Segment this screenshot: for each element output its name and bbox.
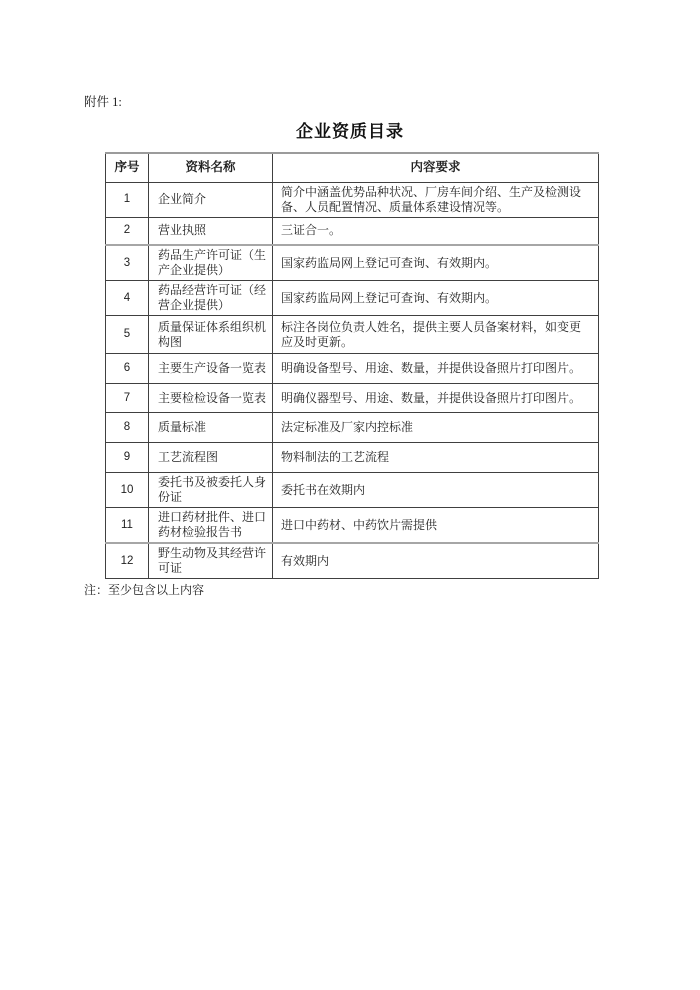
row-name: 主要检检设备一览表 — [149, 384, 273, 413]
table-row: 4 药品经营许可证（经营企业提供） 国家药监局网上登记可查询、有效期内。 — [106, 281, 599, 316]
row-requirement: 物料制法的工艺流程 — [273, 443, 599, 473]
row-name: 委托书及被委托人身份证 — [149, 473, 273, 508]
row-name: 企业简介 — [149, 182, 273, 217]
row-no: 11 — [106, 508, 149, 544]
row-requirement: 三证合一。 — [273, 217, 599, 245]
header-no: 序号 — [106, 153, 149, 182]
footnote: 注：至少包含以上内容 — [84, 581, 204, 598]
row-name: 进口药材批件、进口药材检验报告书 — [149, 508, 273, 544]
row-no: 4 — [106, 281, 149, 316]
table-row: 3 药品生产许可证（生产企业提供） 国家药监局网上登记可查询、有效期内。 — [106, 245, 599, 281]
row-requirement: 法定标准及厂家内控标准 — [273, 413, 599, 443]
qualification-table: 序号 资料名称 内容要求 1 企业简介 简介中涵盖优势品种状况、厂房车间介绍、生… — [105, 152, 599, 579]
header-requirement: 内容要求 — [273, 153, 599, 182]
row-no: 9 — [106, 443, 149, 473]
row-requirement: 国家药监局网上登记可查询、有效期内。 — [273, 281, 599, 316]
row-requirement: 明确设备型号、用途、数量，并提供设备照片打印图片。 — [273, 354, 599, 384]
row-no: 5 — [106, 316, 149, 354]
table-header: 序号 资料名称 内容要求 — [106, 153, 599, 182]
row-requirement: 委托书在效期内 — [273, 473, 599, 508]
attachment-label: 附件 1: — [84, 92, 122, 110]
table-row: 1 企业简介 简介中涵盖优势品种状况、厂房车间介绍、生产及检测设备、人员配置情况… — [106, 182, 599, 217]
table-row: 8 质量标准 法定标准及厂家内控标准 — [106, 413, 599, 443]
row-no: 3 — [106, 245, 149, 281]
table-row: 9 工艺流程图 物料制法的工艺流程 — [106, 443, 599, 473]
table-row: 7 主要检检设备一览表 明确仪器型号、用途、数量，并提供设备照片打印图片。 — [106, 384, 599, 413]
row-no: 1 — [106, 182, 149, 217]
table-body: 1 企业简介 简介中涵盖优势品种状况、厂房车间介绍、生产及检测设备、人员配置情况… — [106, 182, 599, 579]
header-row: 序号 资料名称 内容要求 — [106, 153, 599, 182]
row-requirement: 有效期内 — [273, 543, 599, 579]
row-requirement: 标注各岗位负责人姓名，提供主要人员备案材料，如变更应及时更新。 — [273, 316, 599, 354]
row-no: 6 — [106, 354, 149, 384]
row-no: 12 — [106, 543, 149, 579]
row-no: 2 — [106, 217, 149, 245]
table-row: 5 质量保证体系组织机构图 标注各岗位负责人姓名，提供主要人员备案材料，如变更应… — [106, 316, 599, 354]
row-name: 工艺流程图 — [149, 443, 273, 473]
row-name: 营业执照 — [149, 217, 273, 245]
row-name: 质量保证体系组织机构图 — [149, 316, 273, 354]
row-no: 8 — [106, 413, 149, 443]
row-name: 野生动物及其经营许可证 — [149, 543, 273, 579]
table-row: 12 野生动物及其经营许可证 有效期内 — [106, 543, 599, 579]
table-row: 10 委托书及被委托人身份证 委托书在效期内 — [106, 473, 599, 508]
row-name: 主要生产设备一览表 — [149, 354, 273, 384]
row-name: 质量标准 — [149, 413, 273, 443]
page-title: 企业资质目录 — [0, 117, 700, 142]
document-page: 附件 1: 企业资质目录 序号 资料名称 内容要求 1 企业简介 简介中涵盖优势… — [0, 0, 700, 990]
table-row: 6 主要生产设备一览表 明确设备型号、用途、数量，并提供设备照片打印图片。 — [106, 354, 599, 384]
row-requirement: 国家药监局网上登记可查询、有效期内。 — [273, 245, 599, 281]
row-requirement: 明确仪器型号、用途、数量，并提供设备照片打印图片。 — [273, 384, 599, 413]
table-row: 2 营业执照 三证合一。 — [106, 217, 599, 245]
row-name: 药品经营许可证（经营企业提供） — [149, 281, 273, 316]
row-name: 药品生产许可证（生产企业提供） — [149, 245, 273, 281]
header-name: 资料名称 — [149, 153, 273, 182]
table-row: 11 进口药材批件、进口药材检验报告书 进口中药材、中药饮片需提供 — [106, 508, 599, 544]
row-no: 10 — [106, 473, 149, 508]
row-no: 7 — [106, 384, 149, 413]
row-requirement: 进口中药材、中药饮片需提供 — [273, 508, 599, 544]
row-requirement: 简介中涵盖优势品种状况、厂房车间介绍、生产及检测设备、人员配置情况、质量体系建设… — [273, 182, 599, 217]
